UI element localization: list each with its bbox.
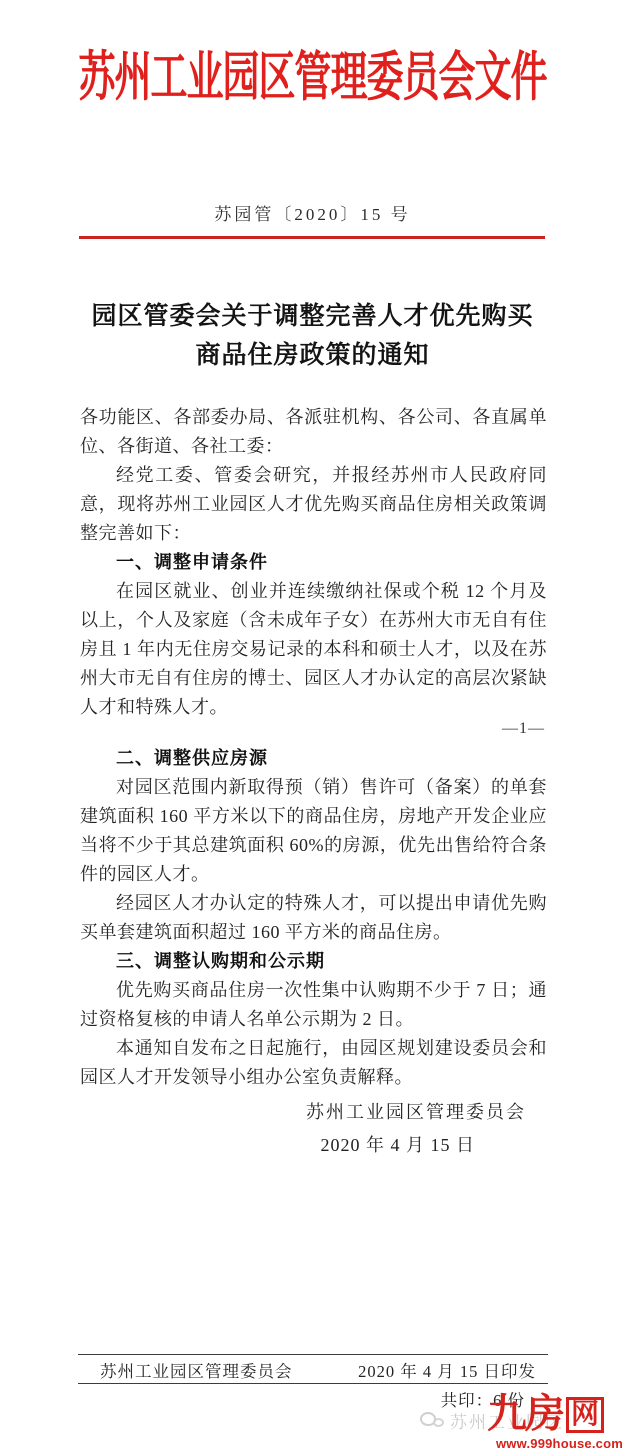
jiufang-logo: 九 房 网 [487, 1394, 604, 1434]
footer-rule-top [78, 1354, 548, 1355]
section-2-heading: 二、调整供应房源 [80, 744, 547, 773]
document-number: 苏园管〔2020〕15 号 [0, 200, 625, 225]
watermark-website-url: www.999house.com [496, 1436, 623, 1451]
document-title-line2: 商品住房政策的通知 [0, 336, 625, 375]
chat-bubble-small [433, 1418, 444, 1427]
section-3-paragraph-1: 优先购买商品住房一次性集中认购期不少于 7 日；通过资格复核的申请人名单公示期为… [80, 976, 547, 1034]
signature-date: 2020 年 4 月 15 日 [321, 1131, 476, 1157]
section-1-heading: 一、调整申请条件 [80, 548, 547, 577]
chat-bubbles-icon [420, 1410, 446, 1432]
body-page-2: 二、调整供应房源 对园区范围内新取得预（销）售许可（备案）的单套建筑面积 160… [80, 744, 547, 1092]
footer-issuer: 苏州工业园区管理委员会 [78, 1358, 293, 1382]
section-1-paragraph-1: 在园区就业、创业并连续缴纳社保或个税 12 个月及以上，个人及家庭（含未成年子女… [80, 577, 547, 722]
signature-organization: 苏州工业园区管理委员会 [306, 1098, 526, 1124]
section-3-paragraph-2: 本通知自发布之日起施行，由园区规划建设委员会和园区人才开发领导小组办公室负责解释… [80, 1034, 547, 1092]
page-number: —1— [502, 720, 545, 738]
section-2-paragraph-1: 对园区范围内新取得预（销）售许可（备案）的单套建筑面积 160 平方米以下的商品… [80, 773, 547, 889]
footer-rule-bottom [78, 1383, 548, 1384]
document-title-line1: 园区管委会关于调整完善人才优先购买 [0, 297, 625, 336]
official-document-page: 苏州工业园区管理委员会文件 苏园管〔2020〕15 号 园区管委会关于调整完善人… [0, 0, 625, 1451]
jiufang-logo-char-2: 房 [525, 1394, 563, 1434]
intro-paragraph: 经党工委、管委会研究，并报经苏州市人民政府同意，现将苏州工业园区人才优先购买商品… [80, 461, 547, 548]
document-title: 园区管委会关于调整完善人才优先购买 商品住房政策的通知 [0, 297, 625, 375]
footer-colophon-row: 苏州工业园区管理委员会 2020 年 4 月 15 日印发 [78, 1358, 548, 1382]
agency-letterhead: 苏州工业园区管理委员会文件 [0, 50, 625, 97]
jiufang-logo-char-3: 网 [566, 1397, 604, 1433]
addressee-line: 各功能区、各部委办局、各派驻机构、各公司、各直属单位、各街道、各社工委： [80, 403, 547, 461]
jiufang-logo-char-1: 九 [487, 1394, 525, 1434]
body-page-1: 各功能区、各部委办局、各派驻机构、各公司、各直属单位、各街道、各社工委： 经党工… [80, 403, 547, 722]
red-divider-rule [79, 236, 545, 239]
footer-print-date: 2020 年 4 月 15 日印发 [358, 1358, 548, 1382]
agency-letterhead-text: 苏州工业园区管理委员会文件 [79, 50, 547, 108]
section-3-heading: 三、调整认购期和公示期 [80, 947, 547, 976]
section-2-paragraph-2: 经园区人才办认定的特殊人才，可以提出申请优先购买单套建筑面积超过 160 平方米… [80, 889, 547, 947]
